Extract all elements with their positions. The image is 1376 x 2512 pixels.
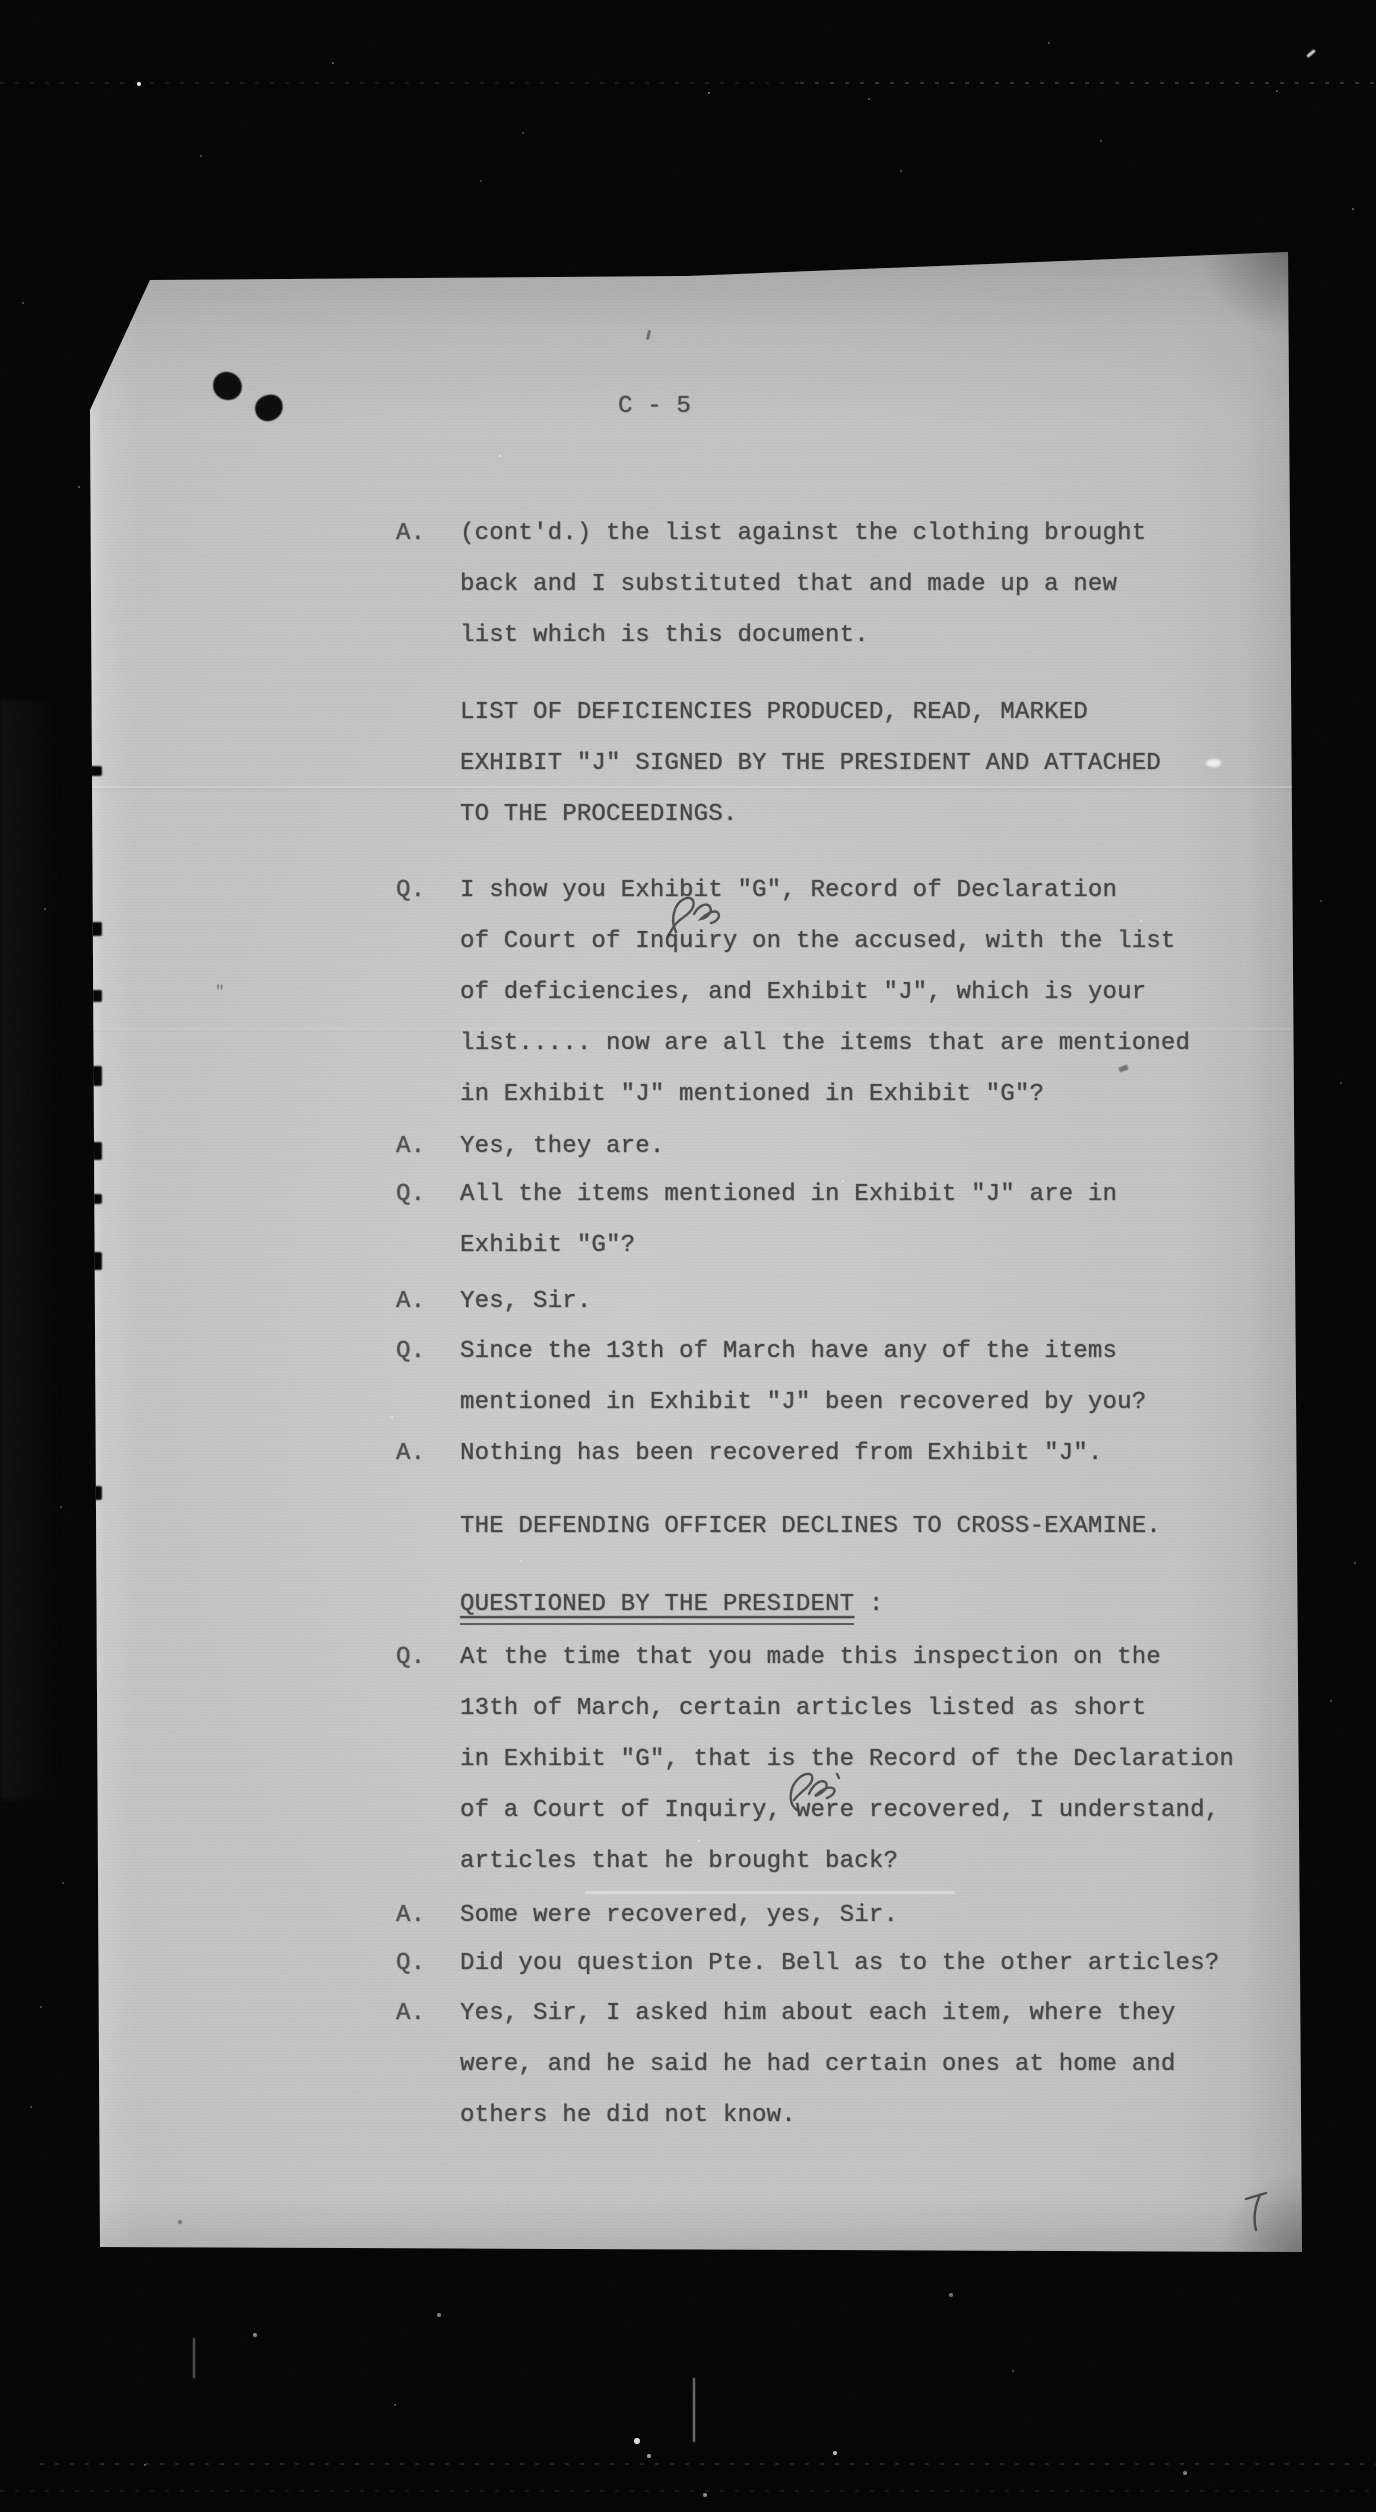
scanned-document-photo: C - 5 A. (cont'd.) the list against the … [0, 0, 1376, 2512]
scan-artifact-line [40, 2463, 1376, 2465]
transcript-line: THE DEFENDING OFFICER DECLINES TO CROSS-… [460, 1501, 1161, 1552]
qa-block-question: Q. I show you Exhibit "G", Record of Dec… [396, 865, 1190, 1120]
transcript-line: At the time that you made this inspectio… [460, 1632, 1234, 1683]
qa-label: Q. [396, 1632, 425, 1683]
qa-block-answer: A. Yes, they are. [396, 1121, 664, 1172]
qa-block-answer: A. Nothing has been recovered from Exhib… [396, 1428, 1103, 1479]
transcript-line: Yes, Sir, I asked him about each item, w… [460, 1988, 1176, 2039]
qa-label: A. [396, 1890, 425, 1941]
transcript-line: were, and he said he had certain ones at… [460, 2039, 1176, 2090]
transcript-line: EXHIBIT "J" SIGNED BY THE PRESIDENT AND … [460, 738, 1161, 789]
scan-artifact-line [0, 2490, 1376, 2492]
section-heading: QUESTIONED BY THE PRESIDENT : [396, 1579, 883, 1630]
transcript-line: of deficiencies, and Exhibit "J", which … [460, 967, 1190, 1018]
qa-label: A. [396, 1428, 425, 1479]
film-speck [1306, 49, 1316, 58]
transcript-line: others he did not know. [460, 2090, 1176, 2141]
qa-label: Q. [396, 1938, 425, 1989]
qa-block-answer: A. (cont'd.) the list against the clothi… [396, 508, 1146, 661]
film-scratch [693, 2378, 695, 2442]
transcript-line: (cont'd.) the list against the clothing … [460, 508, 1146, 559]
transcript-line: Yes, they are. [460, 1121, 664, 1172]
qa-block-answer: A. Some were recovered, yes, Sir. [396, 1890, 898, 1941]
transcript-line: in Exhibit "G", that is the Record of th… [460, 1734, 1234, 1785]
transcript-line: back and I substituted that and made up … [460, 559, 1146, 610]
qa-label: A. [396, 1121, 425, 1172]
transcript-line: QUESTIONED BY THE PRESIDENT : [460, 1579, 883, 1630]
qa-block-question: Q. Did you question Pte. Bell as to the … [396, 1938, 1219, 1989]
qa-label: A. [396, 508, 425, 559]
background-blotch [0, 700, 88, 1800]
qa-block-question: Q. Since the 13th of March have any of t… [396, 1326, 1146, 1428]
transcript-line: Yes, Sir. [460, 1276, 591, 1327]
transcript-line: Since the 13th of March have any of the … [460, 1326, 1146, 1377]
qa-block-question: Q. All the items mentioned in Exhibit "J… [396, 1169, 1117, 1271]
qa-block-answer: A. Yes, Sir, I asked him about each item… [396, 1988, 1176, 2141]
transcript-line: All the items mentioned in Exhibit "J" a… [460, 1169, 1117, 1220]
transcript-line: of a Court of Inquiry, were recovered, I… [460, 1785, 1234, 1836]
transcript-line: 13th of March, certain articles listed a… [460, 1683, 1234, 1734]
transcript-line: Some were recovered, yes, Sir. [460, 1890, 898, 1941]
document-page: C - 5 A. (cont'd.) the list against the … [88, 246, 1304, 2256]
transcript-line: articles that he brought back? [460, 1836, 1234, 1887]
stray-margin-mark: " [215, 983, 225, 1001]
heading-text: QUESTIONED BY THE PRESIDENT [460, 1589, 854, 1625]
film-specks [0, 0, 2, 2]
transcript-line: LIST OF DEFICIENCIES PRODUCED, READ, MAR… [460, 687, 1161, 738]
qa-label: A. [396, 1276, 425, 1327]
transcript-line: mentioned in Exhibit "J" been recovered … [460, 1377, 1146, 1428]
transcript-line: of Court of Inquiry on the accused, with… [460, 916, 1190, 967]
stage-direction: THE DEFENDING OFFICER DECLINES TO CROSS-… [396, 1501, 1161, 1552]
transcript-line: Did you question Pte. Bell as to the oth… [460, 1938, 1219, 1989]
page-number: C - 5 [618, 394, 691, 420]
scan-artifact-line [800, 82, 1376, 84]
typed-text-layer: C - 5 A. (cont'd.) the list against the … [88, 246, 1304, 2256]
transcript-line: in Exhibit "J" mentioned in Exhibit "G"? [460, 1069, 1190, 1120]
stage-direction: LIST OF DEFICIENCIES PRODUCED, READ, MAR… [396, 687, 1161, 840]
qa-label: Q. [396, 1169, 425, 1220]
scan-artifact-line [0, 82, 800, 84]
qa-label: Q. [396, 865, 425, 916]
qa-label: Q. [396, 1326, 425, 1377]
film-scratch [193, 2338, 195, 2378]
qa-block-answer: A. Yes, Sir. [396, 1276, 591, 1327]
transcript-line: TO THE PROCEEDINGS. [460, 789, 1161, 840]
heading-colon: : [854, 1591, 883, 1618]
transcript-line: I show you Exhibit "G", Record of Declar… [460, 865, 1190, 916]
qa-label: A. [396, 1988, 425, 2039]
transcript-line: Exhibit "G"? [460, 1220, 1117, 1271]
transcript-line: Nothing has been recovered from Exhibit … [460, 1428, 1103, 1479]
transcript-line: list which is this document. [460, 610, 1146, 661]
qa-block-question: Q. At the time that you made this inspec… [396, 1632, 1234, 1887]
transcript-line: list..... now are all the items that are… [460, 1018, 1190, 1069]
paper-bright-specks [88, 246, 90, 248]
